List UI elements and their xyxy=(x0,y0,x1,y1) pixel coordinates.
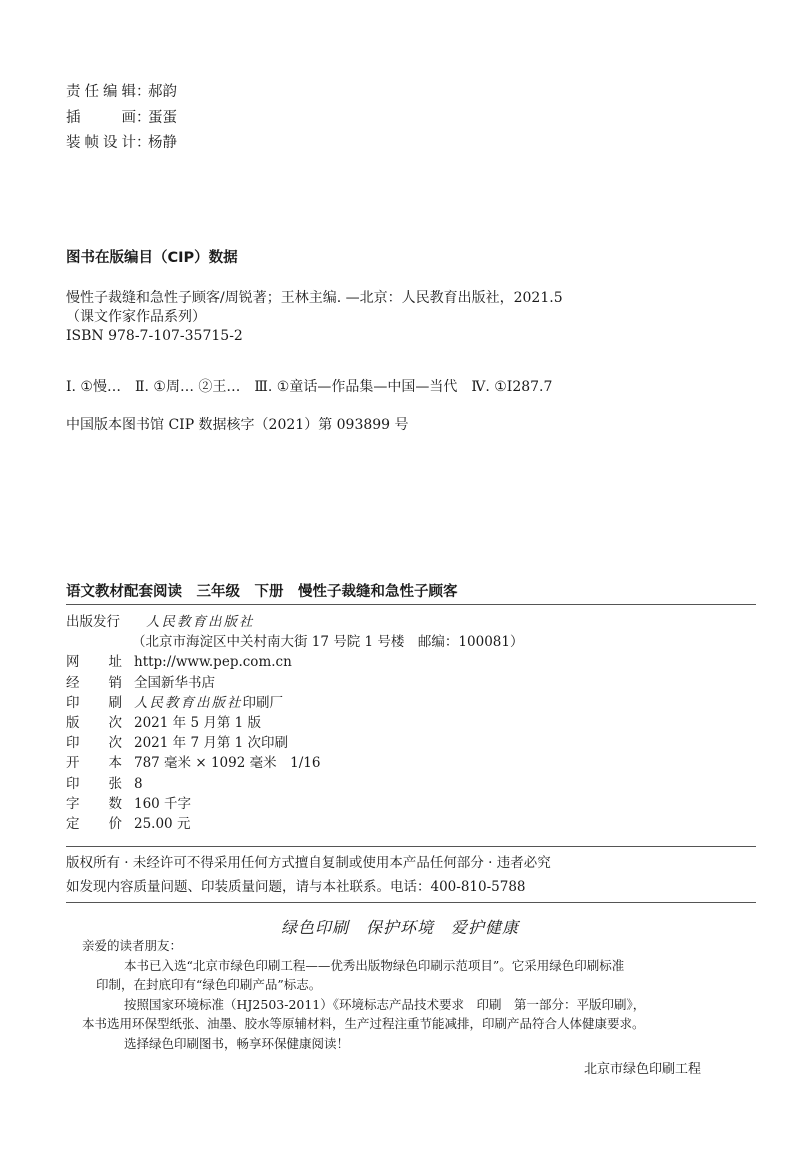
pub-address: （北京市海淀区中关村南大街 17 号院 1 号楼 邮编：100081） xyxy=(66,632,523,652)
copyright-line: 版权所有 · 未经许可不得采用任何方式擅自复制或使用本产品任何部分 · 违者必究 xyxy=(66,851,551,875)
greeting: 亲爱的读者朋友： xyxy=(82,936,756,956)
credit-illustrator: 插画：蛋蛋 xyxy=(66,106,177,132)
cip-line-series: （课文作家作品系列） xyxy=(66,308,563,327)
pub-price: 定价25.00 元 xyxy=(66,814,523,834)
divider-middle xyxy=(66,846,756,847)
signature: 北京市绿色印刷工程 xyxy=(584,1058,701,1077)
paragraph-2a: 按照国家环境标准（HJ2503-2011）《环境标志产品技术要求 印刷 第一部分… xyxy=(96,995,756,1015)
cip-check-number: 中国版本图书馆 CIP 数据核字（2021）第 093899 号 xyxy=(66,414,409,434)
pub-distributor: 经销全国新华书店 xyxy=(66,673,523,693)
cip-line-isbn: ISBN 978-7-107-35715-2 xyxy=(66,327,563,346)
cip-record: 慢性子裁缝和急性子顾客/周锐著；王林主编. —北京：人民教育出版社，2021.5… xyxy=(66,289,563,346)
paragraph-1b: 印制，在封底印有“绿色印刷产品”标志。 xyxy=(96,975,756,995)
pub-word-count: 字数160 千字 xyxy=(66,794,523,814)
pub-sheets: 印张8 xyxy=(66,774,523,794)
credit-designer: 装帧设计：杨静 xyxy=(66,131,177,157)
green-printing-notice: 亲爱的读者朋友： 本书已入选“北京市绿色印刷工程——优秀出版物绿色印刷示范项目”… xyxy=(96,936,756,1053)
pub-printer: 印刷人民教育出版社印刷厂 xyxy=(66,693,523,713)
divider-bottom xyxy=(66,902,756,903)
credit-editor: 责任编辑：郝韵 xyxy=(66,80,177,106)
paragraph-2b: 本书选用环保型纸张、油墨、胶水等原辅材料，生产过程注重节能减排，印刷产品符合人体… xyxy=(82,1014,756,1034)
series-title: 语文教材配套阅读 三年级 下册 慢性子裁缝和急性子顾客 xyxy=(66,580,458,601)
pub-printing: 印次2021 年 7 月第 1 次印刷 xyxy=(66,733,523,753)
pub-format: 开本787 毫米 × 1092 毫米 1/16 xyxy=(66,753,523,773)
cip-line-title: 慢性子裁缝和急性子顾客/周锐著；王林主编. —北京：人民教育出版社，2021.5 xyxy=(66,289,563,308)
cip-heading: 图书在版编目（CIP）数据 xyxy=(66,246,238,267)
green-printing-title: 绿色印刷 保护环境 爱护健康 xyxy=(0,915,800,938)
divider-top xyxy=(66,604,756,605)
credits-block: 责任编辑：郝韵 插画：蛋蛋 装帧设计：杨静 xyxy=(66,80,177,157)
paragraph-3: 选择绿色印刷图书，畅享环保健康阅读！ xyxy=(96,1034,756,1054)
contact-line: 如发现内容质量问题、印装质量问题，请与本社联系。电话：400-810-5788 xyxy=(66,875,551,899)
paragraph-1a: 本书已入选“北京市绿色印刷工程——优秀出版物绿色印刷示范项目”。它采用绿色印刷标… xyxy=(96,956,756,976)
publication-info: 出版发行人民教育出版社 （北京市海淀区中关村南大街 17 号院 1 号楼 邮编：… xyxy=(66,612,523,834)
pub-publisher: 出版发行人民教育出版社 xyxy=(66,612,523,632)
pub-edition: 版次2021 年 5 月第 1 版 xyxy=(66,713,523,733)
cip-classification: Ⅰ. ①慢… Ⅱ. ①周… ②王… Ⅲ. ①童话—作品集—中国—当代 Ⅳ. ①I… xyxy=(66,376,552,396)
pub-website: 网址http://www.pep.com.cn xyxy=(66,652,523,672)
rights-notice: 版权所有 · 未经许可不得采用任何方式擅自复制或使用本产品任何部分 · 违者必究… xyxy=(66,851,551,899)
